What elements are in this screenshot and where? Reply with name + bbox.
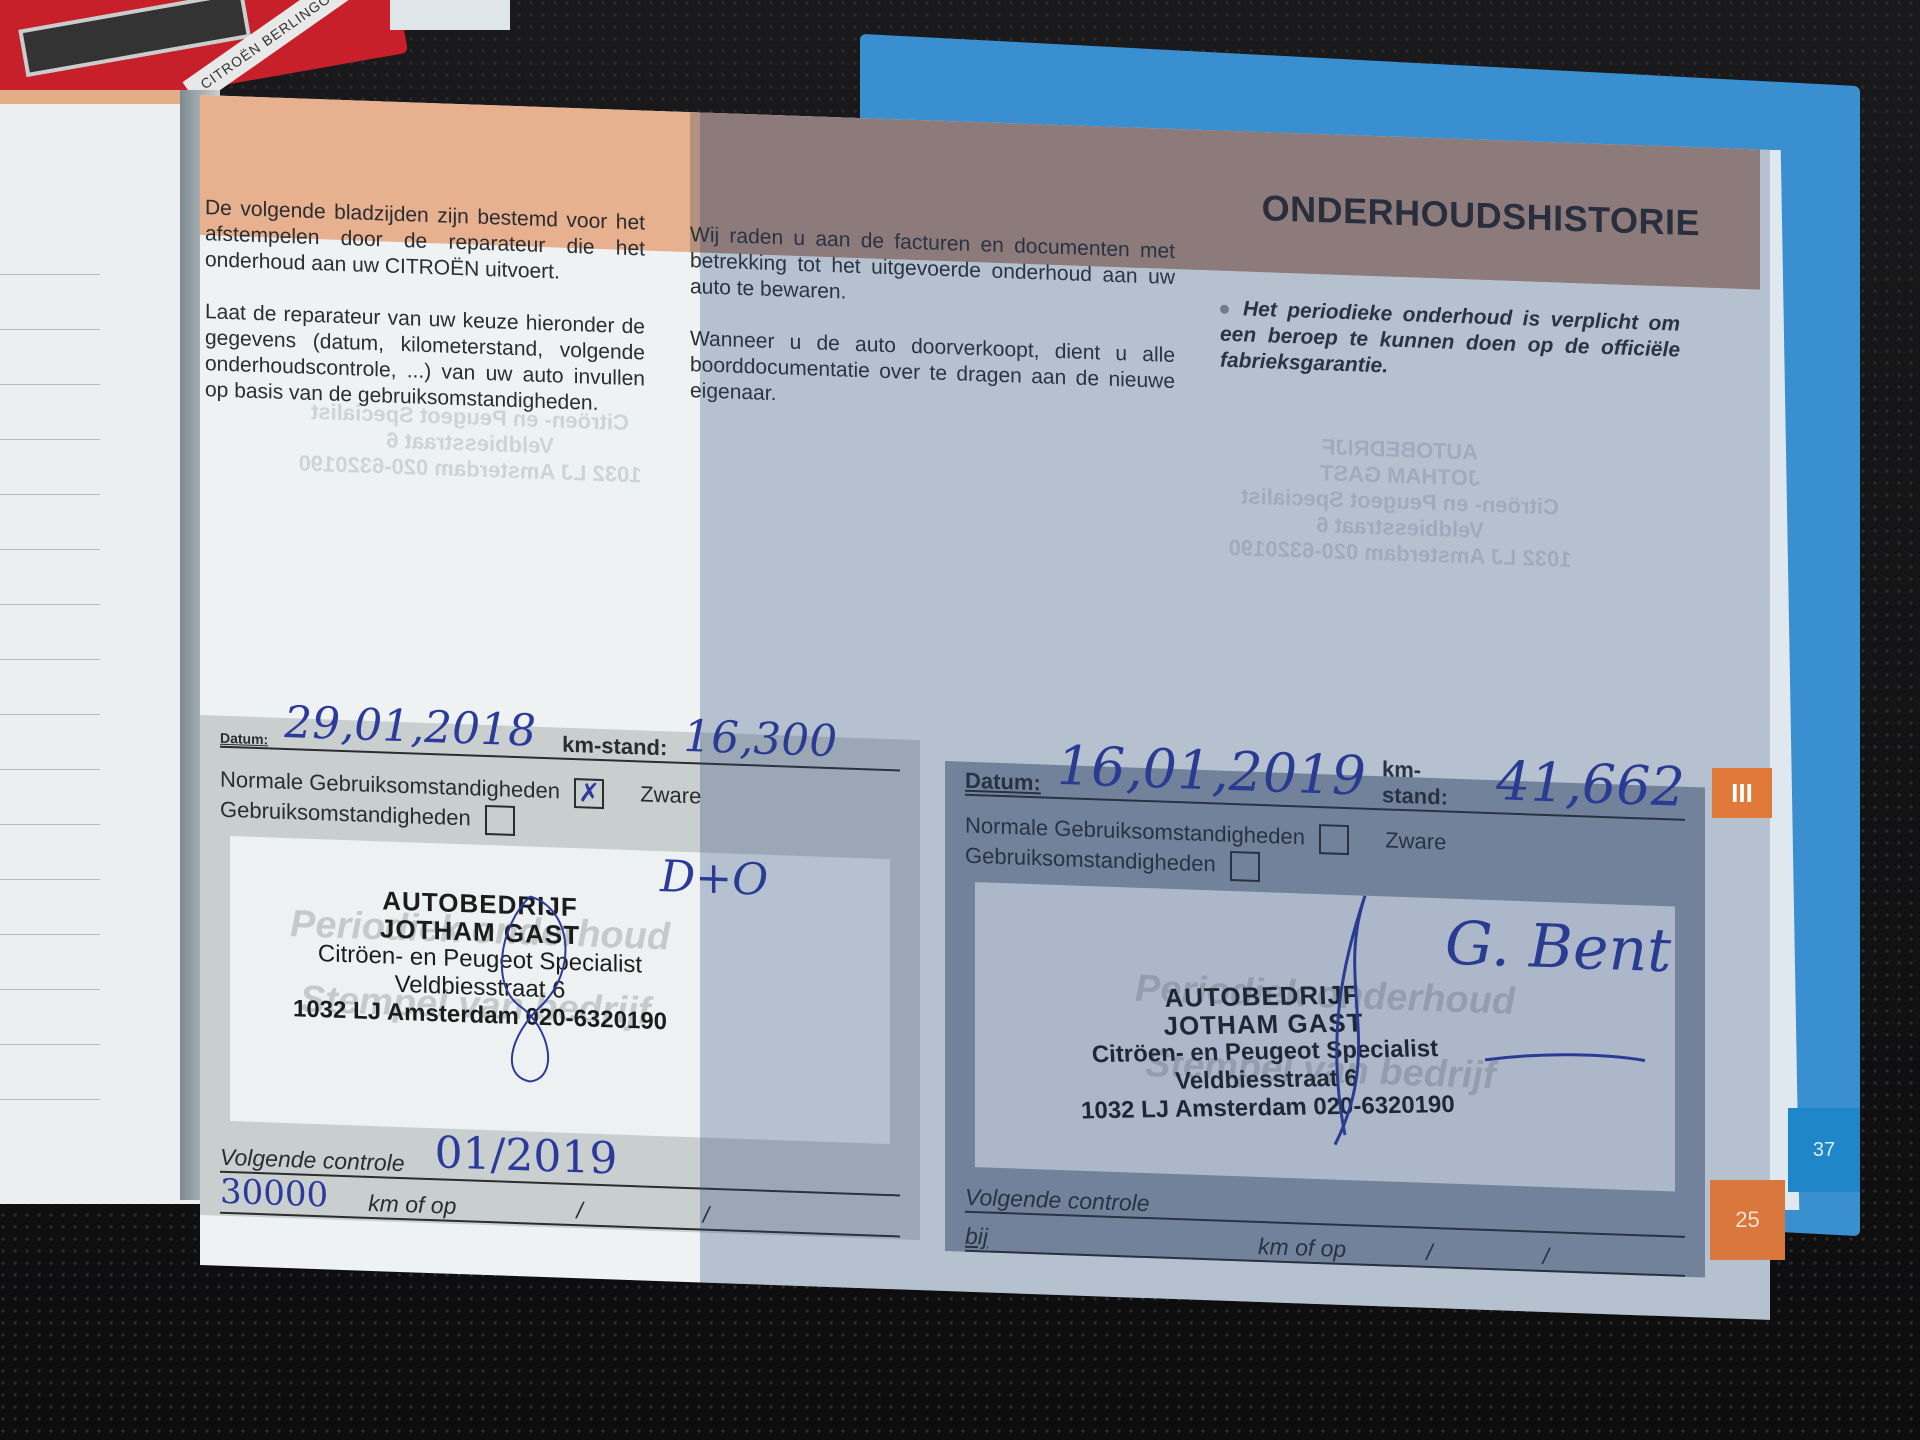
maintenance-page: ONDERHOUDSHISTORIE De volgende bladzijde…	[200, 95, 1770, 1320]
datum-label: Datum:	[220, 730, 268, 748]
km-of-op-label: km of op	[368, 1190, 456, 1220]
date-slash: /	[576, 1197, 582, 1224]
ruled-line	[0, 769, 100, 770]
ruled-line	[0, 989, 100, 990]
ruled-line	[0, 604, 100, 605]
ruled-line	[0, 659, 100, 660]
volgende-controle-value[interactable]: 01/2019	[435, 1127, 618, 1184]
ruled-line	[0, 714, 100, 715]
bij-km-value[interactable]: 30000	[220, 1172, 328, 1216]
signature-mark	[470, 884, 590, 1088]
ruled-line	[0, 934, 100, 935]
zware-checkbox[interactable]	[485, 805, 515, 836]
ruled-line	[0, 274, 100, 275]
ruled-line	[0, 824, 100, 825]
section-tab-III[interactable]: III	[1712, 768, 1772, 818]
paper-corner	[390, 0, 510, 30]
stamp-bleed-through-left: Citröen- en Peugeot Specialist Veldbiess…	[260, 397, 680, 490]
page-number-tab: 25	[1710, 1180, 1785, 1260]
page-number-tab-blue: 37	[1788, 1108, 1860, 1192]
ruled-line	[0, 494, 100, 495]
left-page	[0, 90, 200, 1204]
ruled-line	[0, 879, 100, 880]
ruled-line	[0, 1044, 100, 1045]
ruled-line	[0, 1099, 100, 1100]
ruled-line	[0, 439, 100, 440]
sun-shadow-overlay	[700, 112, 1770, 1319]
ruled-line	[0, 549, 100, 550]
ruled-line	[0, 384, 100, 385]
datum-value[interactable]: 29,01,2018	[284, 697, 536, 757]
ruled-line	[0, 329, 100, 330]
normale-checkbox-checked[interactable]: ✗	[574, 778, 604, 809]
intro-paragraph: De volgende bladzijden zijn bestemd voor…	[205, 195, 645, 288]
km-stand-label: km-stand:	[562, 732, 667, 762]
